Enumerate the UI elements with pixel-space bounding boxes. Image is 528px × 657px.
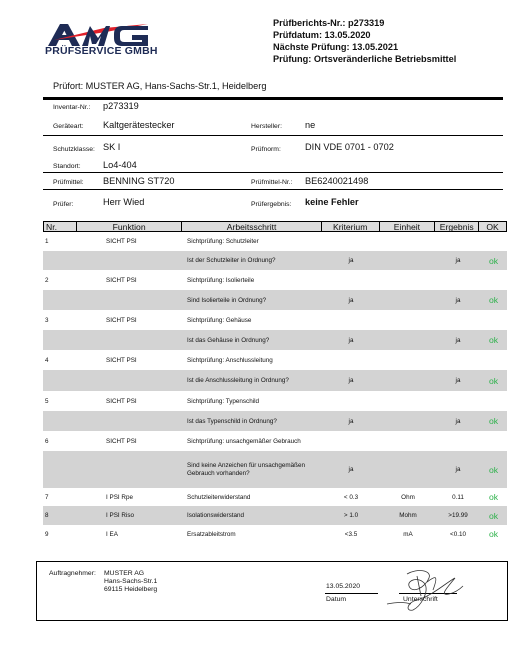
row-ergebnis: >19.99	[436, 512, 480, 519]
table-row: 6SICHT PSISichtprüfung: unsachgemäßer Ge…	[43, 431, 507, 451]
row-funktion: SICHT PSI	[76, 398, 182, 405]
row-nr: 4	[43, 357, 76, 364]
row-ok: ok	[480, 256, 507, 266]
table-row: Sind Isolierteile in Ordnung?jajaok	[43, 290, 507, 310]
row-ergebnis: <0.10	[436, 531, 480, 538]
divider	[43, 135, 503, 136]
row-nr: 2	[43, 277, 76, 284]
row-arbeitsschritt: Sichtprüfung: Schutzleiter	[182, 238, 322, 245]
row-arbeitsschritt: Schutzleiterwiderstand	[182, 494, 322, 501]
row-arbeitsschritt: Ist der Schutzleiter in Ordnung?	[182, 257, 322, 264]
row-ergebnis: ja	[436, 418, 480, 425]
row-arbeitsschritt: Ist das Typenschild in Ordnung?	[182, 418, 322, 425]
pruefergebnis-value: keine Fehler	[305, 197, 359, 207]
table-row: 3SICHT PSISichtprüfung: Gehäuse	[43, 310, 507, 330]
row-arbeitsschritt: Isolationswiderstand	[182, 512, 322, 519]
row-nr: 1	[43, 238, 76, 245]
report-info: Prüfberichts-Nr.: p273319 Prüfdatum: 13.…	[273, 17, 456, 65]
row-ergebnis: ja	[436, 257, 480, 264]
col-kriterium: Kriterium	[322, 222, 380, 231]
row-funktion: SICHT PSI	[76, 357, 182, 364]
row-ok: ok	[480, 376, 507, 386]
row-ok: ok	[480, 529, 507, 539]
table-row: Ist der Schutzleiter in Ordnung?jajaok	[43, 251, 507, 270]
hersteller-value: ne	[305, 120, 315, 130]
row-arbeitsschritt: Sichtprüfung: Gehäuse	[182, 317, 322, 324]
col-ergebnis: Ergebnis	[435, 222, 479, 231]
row-nr: 9	[43, 531, 76, 538]
row-arbeitsschritt: Ist die Anschlussleitung in Ordnung?	[182, 377, 322, 384]
row-kriterium: ja	[322, 377, 380, 384]
table-row: 4SICHT PSISichtprüfung: Anschlussleitung	[43, 350, 507, 370]
standort-label: Standort:	[53, 163, 81, 170]
report-number: Prüfberichts-Nr.: p273319	[273, 17, 456, 29]
geraeteart-label: Geräteart:	[53, 123, 84, 130]
row-kriterium: <3.5	[322, 531, 380, 538]
divider	[43, 172, 503, 173]
row-einheit: Mohm	[380, 512, 436, 519]
pruefnorm-value: DIN VDE 0701 - 0702	[305, 142, 394, 152]
table-row: 9I EAErsatzableitstrom<3.5mA<0.10ok	[43, 525, 507, 543]
datum-label: Datum	[326, 596, 346, 603]
row-ok: ok	[480, 511, 507, 521]
table-row: Ist das Gehäuse in Ordnung?jajaok	[43, 330, 507, 350]
auftragnehmer-label: Auftragnehmer:	[49, 570, 96, 577]
row-einheit: Ohm	[380, 494, 436, 501]
inventar-value: p273319	[103, 101, 139, 111]
row-funktion: SICHT PSI	[76, 277, 182, 284]
row-ergebnis: ja	[436, 377, 480, 384]
row-funktion: I PSI Rpe	[76, 494, 182, 501]
row-nr: 3	[43, 317, 76, 324]
row-arbeitsschritt: Sichtprüfung: Typenschild	[182, 398, 322, 405]
col-funktion: Funktion	[77, 222, 183, 231]
pruefergebnis-label: Prüfergebnis:	[251, 201, 291, 208]
pruefort: Prüfort: MUSTER AG, Hans-Sachs-Str.1, He…	[53, 81, 266, 91]
table-row: Ist das Typenschild in Ordnung?jajaok	[43, 411, 507, 431]
row-nr: 7	[43, 494, 76, 501]
row-ok: ok	[480, 465, 507, 475]
report-date: Prüfdatum: 13.05.2020	[273, 29, 456, 41]
row-arbeitsschritt: Ist das Gehäuse in Ordnung?	[182, 337, 322, 344]
inspection-type: Prüfung: Ortsveränderliche Betriebsmitte…	[273, 53, 456, 65]
row-arbeitsschritt: Sichtprüfung: Anschlussleitung	[182, 357, 322, 364]
pruefnorm-label: Prüfnorm:	[251, 146, 281, 153]
row-ok: ok	[480, 335, 507, 345]
row-nr: 8	[43, 512, 76, 519]
col-ok: OK	[479, 222, 506, 231]
row-kriterium: ja	[322, 466, 380, 473]
footer-box: Auftragnehmer: MUSTER AG Hans-Sachs-Str.…	[36, 561, 508, 621]
row-ok: ok	[480, 416, 507, 426]
col-nr: Nr.	[44, 222, 77, 231]
table-row: 2SICHT PSISichtprüfung: Isolierteile	[43, 271, 507, 290]
row-funktion: SICHT PSI	[76, 317, 182, 324]
row-arbeitsschritt: Ersatzableitstrom	[182, 531, 322, 538]
pruefmittel-nr-value: BE6240021498	[305, 176, 368, 186]
row-funktion: SICHT PSI	[76, 238, 182, 245]
pruefer-value: Herr Wied	[103, 197, 144, 207]
divider	[43, 97, 503, 100]
row-ergebnis: ja	[436, 337, 480, 344]
signature-date: 13.05.2020	[326, 583, 360, 590]
row-ok: ok	[480, 295, 507, 305]
standort-value: Lo4-404	[103, 160, 137, 170]
signature-icon	[377, 566, 467, 616]
table-header: Nr. Funktion Arbeitsschritt Kriterium Ei…	[43, 221, 507, 232]
col-einheit: Einheit	[380, 222, 436, 231]
row-arbeitsschritt: Sind Isolierteile in Ordnung?	[182, 297, 322, 304]
row-arbeitsschritt: Sichtprüfung: unsachgemäßer Gebrauch	[182, 438, 322, 445]
company-street: Hans-Sachs-Str.1	[104, 578, 157, 586]
row-funktion: I PSI Riso	[76, 512, 182, 519]
schutzklasse-label: Schutzklasse:	[53, 146, 95, 153]
brand-subtitle: PRÜFSERVICE GMBH	[45, 45, 158, 57]
row-ergebnis: 0.11	[436, 494, 480, 501]
pruefmittel-value: BENNING ST720	[103, 176, 174, 186]
company-city: 69115 Heidelberg	[104, 586, 157, 594]
table-row: 1SICHT PSISichtprüfung: Schutzleiter	[43, 232, 507, 251]
table-row: Ist die Anschlussleitung in Ordnung?jaja…	[43, 370, 507, 391]
table-row: 5SICHT PSISichtprüfung: Typenschild	[43, 391, 507, 411]
schutzklasse-value: SK I	[103, 142, 120, 152]
row-arbeitsschritt: Sind keine Anzeichen für unsachgemäßen G…	[182, 462, 322, 478]
row-funktion: SICHT PSI	[76, 438, 182, 445]
row-nr: 6	[43, 438, 76, 445]
row-kriterium: ja	[322, 257, 380, 264]
row-ergebnis: ja	[436, 466, 480, 473]
row-kriterium: < 0.3	[322, 494, 380, 501]
next-inspection: Nächste Prüfung: 13.05.2021	[273, 41, 456, 53]
row-ok: ok	[480, 492, 507, 502]
pruefmittel-label: Prüfmittel:	[53, 179, 84, 186]
row-nr: 5	[43, 398, 76, 405]
col-arbeitsschritt: Arbeitsschritt	[182, 222, 321, 231]
row-arbeitsschritt: Sichtprüfung: Isolierteile	[182, 277, 322, 284]
row-kriterium: ja	[322, 297, 380, 304]
table-row: Sind keine Anzeichen für unsachgemäßen G…	[43, 451, 507, 488]
row-kriterium: ja	[322, 337, 380, 344]
hersteller-label: Hersteller:	[251, 123, 282, 130]
table-row: 7I PSI RpeSchutzleiterwiderstand< 0.3Ohm…	[43, 488, 507, 506]
row-kriterium: > 1.0	[322, 512, 380, 519]
date-line	[325, 593, 378, 594]
auftragnehmer-address: MUSTER AG Hans-Sachs-Str.1 69115 Heidelb…	[104, 570, 157, 594]
table-row: 8I PSI RisoIsolationswiderstand> 1.0Mohm…	[43, 506, 507, 525]
pruefer-label: Prüfer:	[53, 201, 73, 208]
divider	[43, 189, 503, 190]
row-kriterium: ja	[322, 418, 380, 425]
company-name: MUSTER AG	[104, 570, 157, 578]
geraeteart-value: Kaltgerätestecker	[103, 120, 175, 130]
inventar-label: Inventar-Nr.:	[53, 104, 90, 111]
row-ergebnis: ja	[436, 297, 480, 304]
row-funktion: I EA	[76, 531, 182, 538]
pruefmittel-nr-label: Prüfmittel-Nr.:	[251, 179, 293, 186]
row-einheit: mA	[380, 531, 436, 538]
